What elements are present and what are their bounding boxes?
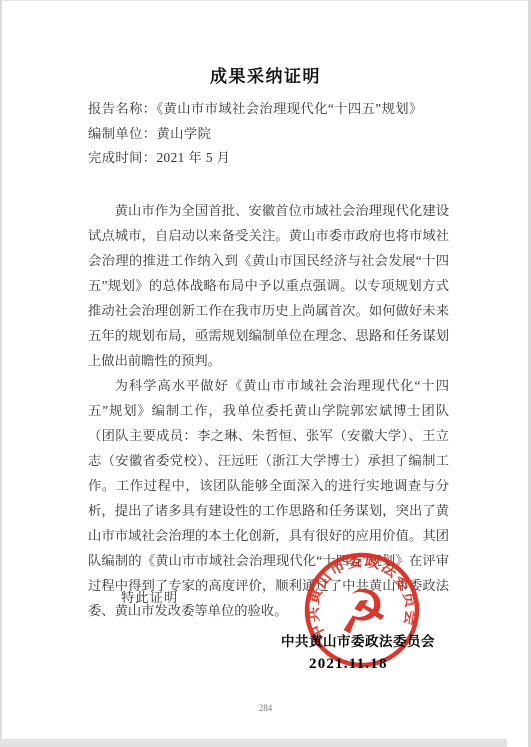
page-edge-top <box>0 0 531 1</box>
page-edge-left <box>0 0 2 747</box>
closing-statement: 特此证明 <box>121 587 178 606</box>
body-text: 黄山市作为全国首批、安徽首位市域社会治理现代化建设试点城市，自启动以来备受关注。… <box>88 198 449 623</box>
document-title: 成果采纳证明 <box>0 62 531 87</box>
compiling-unit-line: 编制单位：黄山学院 <box>88 122 423 147</box>
page-edge-bottom <box>0 739 507 747</box>
page-number: 284 <box>0 703 531 713</box>
certificate-page: 成果采纳证明 报告名称：《黄山市市域社会治理现代化“十四五”规划》 编制单位：黄… <box>0 0 531 747</box>
paragraph-1: 黄山市作为全国首批、安徽首位市域社会治理现代化建设试点城市，自启动以来备受关注。… <box>88 198 449 373</box>
report-meta: 报告名称：《黄山市市域社会治理现代化“十四五”规划》 编制单位：黄山学院 完成时… <box>88 97 423 171</box>
report-name-line: 报告名称：《黄山市市域社会治理现代化“十四五”规划》 <box>88 97 423 122</box>
paragraph-2: 为科学高水平做好《黄山市市域社会治理现代化“十四五”规划》编制工作，我单位委托黄… <box>88 373 449 623</box>
signing-date: 2021.11.18 <box>309 656 388 673</box>
completion-time-line: 完成时间：2021 年 5 月 <box>88 146 423 171</box>
signing-organization: 中共黄山市委政法委员会 <box>281 630 435 650</box>
